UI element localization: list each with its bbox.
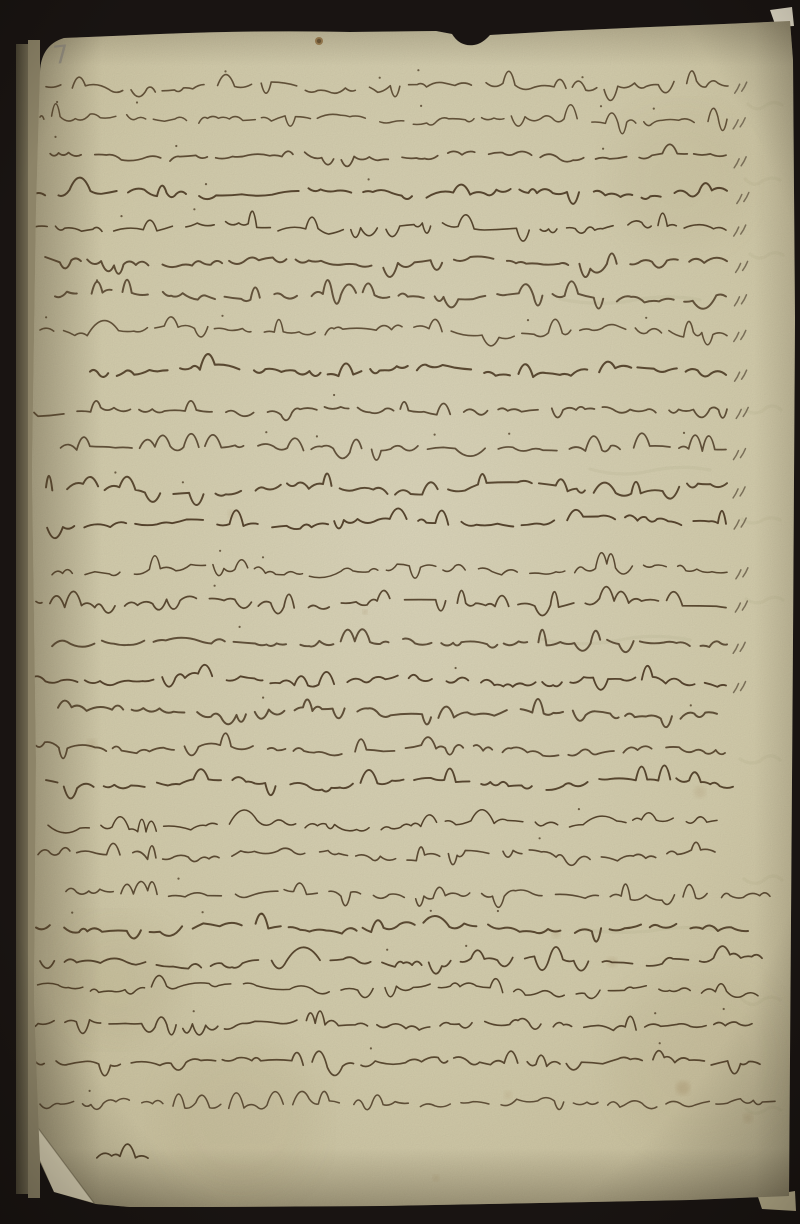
photo-vignette (0, 0, 800, 1224)
manuscript-photo: 7 (0, 0, 800, 1224)
manuscript-scan: 7 (0, 0, 800, 1224)
